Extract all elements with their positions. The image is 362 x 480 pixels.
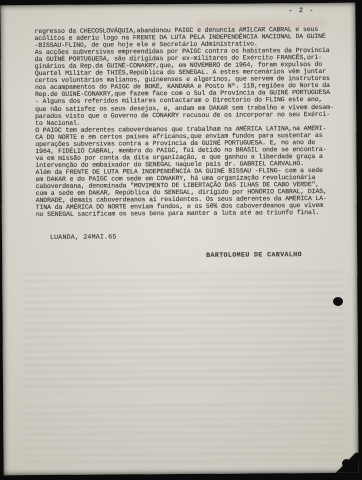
text-line: no SENEGAL sacrificam os seus bens para …	[36, 209, 356, 218]
document-body: regresso da CHECOSLOVÁQUIA,abandonou PAI…	[35, 26, 356, 218]
signature-name: BARTOLOMEU DE CARVALHO	[206, 251, 302, 259]
ink-bleed-through	[23, 403, 344, 465]
scanned-document-photo: { "page": { "page_number": "- 2 -" }, "d…	[0, 0, 362, 480]
punch-hole	[333, 297, 343, 306]
page-number: - 2 -	[288, 7, 314, 15]
dateline: LUANDA, 24MAI.65	[50, 233, 117, 240]
ink-bleed-through	[22, 271, 344, 393]
scanned-page: - 2 - regresso da CHECOSLOVÁQUIA,abandon…	[0, 3, 358, 475]
punch-hole	[342, 459, 351, 468]
